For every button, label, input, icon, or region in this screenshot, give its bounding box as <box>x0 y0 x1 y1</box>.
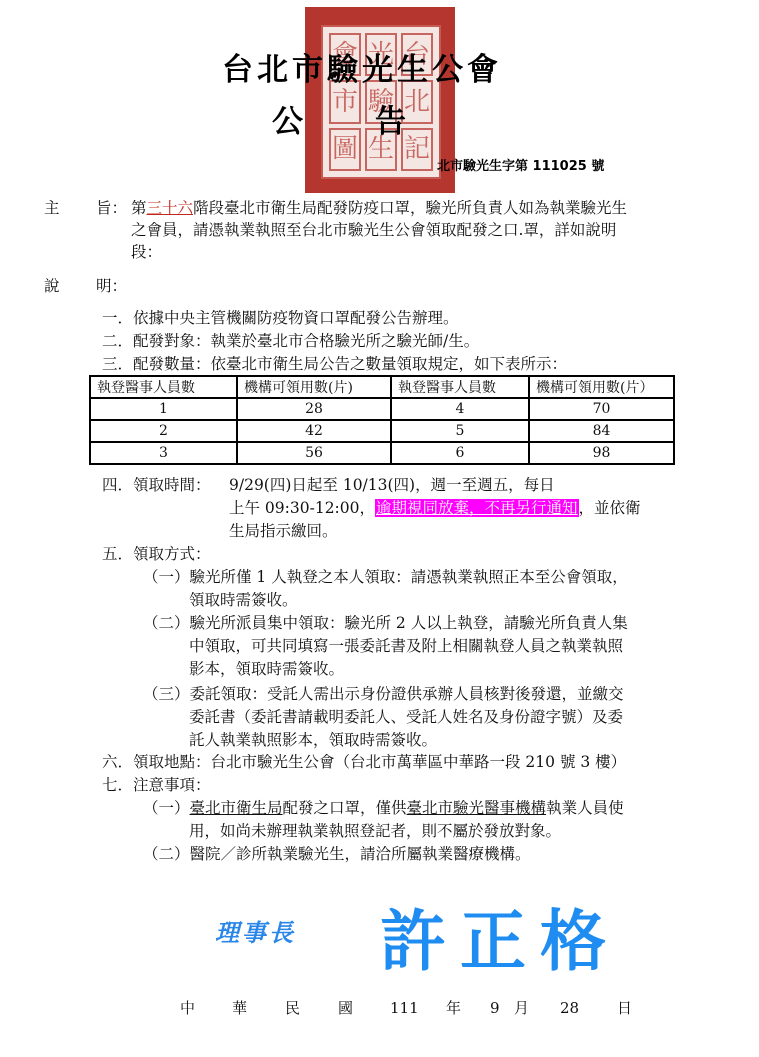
item-7-label: 七．注意事項： <box>102 774 211 796</box>
item-7-text: （一） <box>143 799 190 817</box>
table-header-cell: 執登醫事人員數 <box>90 376 237 398</box>
seal-char: 圖 <box>329 128 361 171</box>
item-4-line-3: 生局指示繳回。 <box>229 520 338 542</box>
table-cell: 4 <box>391 398 529 420</box>
item-5-sub-2-line-1: （二）驗光所派員集中領取：驗光所 2 人以上執登，請驗光所負責人集 <box>143 612 628 634</box>
table-header-cell: 機構可領用數(片) <box>237 376 391 398</box>
table-cell: 56 <box>237 442 391 464</box>
org-title: 台北市驗光生公會 <box>222 44 502 89</box>
subject-label-b: 旨： <box>96 197 127 219</box>
date-part: 華 <box>232 997 247 1019</box>
item-7-sub-1-line-1: （一）臺北市衛生局配發之口罩，僅供臺北市驗光醫事機構執業人員使 <box>143 797 624 819</box>
item-7-sub-1-line-2: 用，如尚未辦理執業執照登記者，則不屬於發放對象。 <box>189 820 561 842</box>
date-part: 日 <box>617 997 632 1019</box>
table-header-cell: 機構可領用數(片） <box>529 376 674 398</box>
table-cell: 70 <box>529 398 674 420</box>
deadline-warning-highlight: 逾期視同放棄，不再另行通知 <box>375 499 579 517</box>
item-3: 三．配發數量：依臺北市衛生局公告之數量領取規定，如下表所示： <box>102 353 567 375</box>
table-cell: 28 <box>237 398 391 420</box>
subject-label-a: 主 <box>44 197 60 219</box>
item-4-line-2: 上午 09:30-12:00，逾期視同放棄，不再另行通知，並依衛 <box>229 497 641 519</box>
date-day: 28 <box>560 997 579 1019</box>
item-5-sub-3-line-3: 託人執業執照影本，領取時需簽收。 <box>189 729 437 751</box>
item-7-text: 執業人員使 <box>546 799 624 817</box>
table-row: 2 42 5 84 <box>90 420 674 442</box>
date-part: 國 <box>338 997 353 1019</box>
mask-quantity-table: 執登醫事人員數 機構可領用數(片) 執登醫事人員數 機構可領用數(片） 1 28… <box>89 375 675 465</box>
table-header-cell: 執登醫事人員數 <box>391 376 529 398</box>
item-5-sub-2-line-3: 影本，領取時需簽收。 <box>189 658 344 680</box>
item-4-text: ，並依衛 <box>579 499 641 517</box>
doc-type-char-2: 告 <box>375 96 406 141</box>
table-cell: 98 <box>529 442 674 464</box>
subject-line-1: 第三十六階段臺北市衛生局配發防疫口罩，驗光所負責人如為執業驗光生 <box>131 197 627 219</box>
table-cell: 84 <box>529 420 674 442</box>
date-year: 111 <box>390 997 419 1019</box>
date-month: 9 <box>490 997 500 1019</box>
subject-line-2: 之會員，請憑執業執照至台北市驗光生公會領取配發之口.罩，詳如說明 <box>131 219 616 241</box>
item-7-text: 配發之口罩，僅供 <box>283 799 407 817</box>
explanation-label-b: 明： <box>96 275 127 297</box>
table-row: 1 28 4 70 <box>90 398 674 420</box>
item-4-line-1: 9/29(四)日起至 10/13(四)，週一至週五，每日 <box>229 474 555 496</box>
pickup-hours: 上午 09:30-12:00， <box>229 499 375 517</box>
phase-number-highlight: 三十六 <box>147 199 194 217</box>
item-2: 二．配發對象：執業於臺北市合格驗光所之驗光師/生。 <box>102 330 479 352</box>
subject-line-3: 段： <box>131 241 162 263</box>
table-cell: 3 <box>90 442 237 464</box>
item-5-label: 五．領取方式： <box>102 543 211 565</box>
table-row: 3 56 6 98 <box>90 442 674 464</box>
subject-text: 第 <box>131 199 147 217</box>
table-cell: 1 <box>90 398 237 420</box>
doc-type-char-1: 公 <box>272 96 303 141</box>
table-cell: 5 <box>391 420 529 442</box>
subject-text: 階段臺北市衛生局配發防疫口罩，驗光所負責人如為執業驗光生 <box>193 199 627 217</box>
item-4-label: 四．領取時間： <box>102 474 211 496</box>
chairman-title: 理事長 <box>215 913 296 948</box>
health-bureau-underlined: 臺北市衛生局 <box>190 799 283 817</box>
explanation-label-a: 說 <box>44 275 60 297</box>
date-part: 中 <box>180 997 195 1019</box>
item-7-sub-2: （二）醫院／診所執業驗光生，請洽所屬執業醫療機構。 <box>143 843 531 865</box>
item-1: 一．依據中央主管機關防疫物資口罩配發公告辦理。 <box>102 307 459 329</box>
table-cell: 42 <box>237 420 391 442</box>
table-header-row: 執登醫事人員數 機構可領用數(片) 執登醫事人員數 機構可領用數(片） <box>90 376 674 398</box>
date-part: 民 <box>285 997 300 1019</box>
item-5-sub-2-line-2: 中領取，可共同填寫一張委託書及附上相關執登人員之執業執照 <box>189 635 623 657</box>
table-cell: 6 <box>391 442 529 464</box>
chairman-signature: 許正格 <box>380 888 620 983</box>
item-5-sub-1-line-2: 領取時需簽收。 <box>189 589 298 611</box>
date-part: 年 <box>446 997 461 1019</box>
document-number: 北市驗光生字第 111025 號 <box>437 155 604 174</box>
item-5-sub-1-line-1: （一）驗光所僅 1 人執登之本人領取：請憑執業執照正本至公會領取， <box>143 566 628 588</box>
optometry-institutions-underlined: 臺北市驗光醫事機構 <box>407 799 547 817</box>
item-6-pickup-location: 六．領取地點：台北市驗光生公會（台北市萬華區中華路一段 210 號 3 樓） <box>102 751 626 773</box>
item-5-sub-3-line-1: （三）委託領取：受託人需出示身份證供承辦人員核對後發還，並繳交 <box>143 683 624 705</box>
item-5-sub-3-line-2: 委託書（委託書請載明委託人、受託人姓名及身份證字號）及委 <box>189 706 623 728</box>
table-cell: 2 <box>90 420 237 442</box>
date-part: 月 <box>514 997 529 1019</box>
